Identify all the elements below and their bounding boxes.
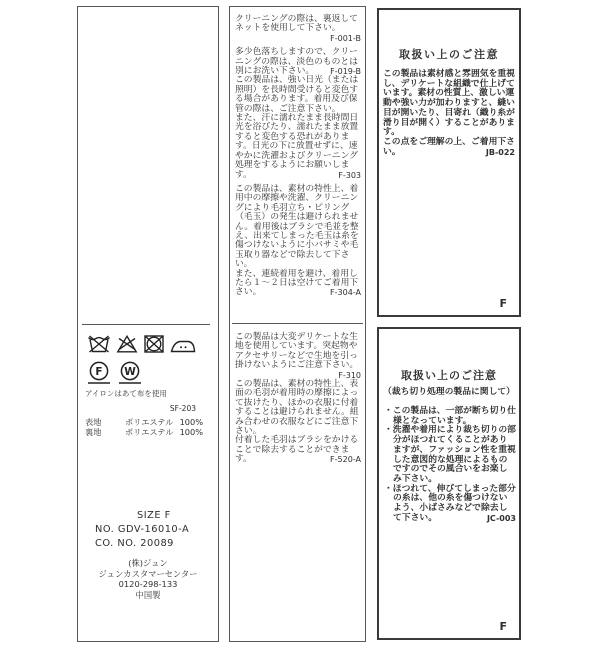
cut-edge-notice-panel: 取扱い上のご注意 （裁ち切り処理の製品に関して） ・この製品は、一部が断ち切り仕… (377, 327, 521, 640)
bullet-item: ・この製品は、一部が断ち切り仕様となっています。 (384, 407, 516, 426)
paragraph: この製品は、素材の特性上、着用中の摩擦や洗濯、クリーニングにより毛羽立ち・ピリン… (235, 185, 361, 270)
cut-edge-notice-subtitle: （裁ち切り処理の製品に関して） (379, 384, 519, 397)
do-not-tumble-dry-icon (143, 334, 165, 354)
reference-code: F-303 (334, 171, 361, 180)
paragraph: この製品は素材感と雰囲気を重視し、デリケートな組織で仕上げています。素材の性質上… (383, 70, 515, 138)
cut-edge-notice-list: ・この製品は、一部が断ち切り仕様となっています。・洗濯や着用により裁ち切りの部分… (379, 407, 519, 523)
svg-text:W: W (124, 366, 136, 378)
composition-table: 表地ポリエステル100%裏地ポリエステル100% (85, 417, 203, 437)
size-info-block: SIZE F NO. GDV-16010-A CO. NO. 20089 (95, 509, 218, 551)
svg-text:F: F (95, 366, 102, 378)
care-code: SF-203 (78, 404, 218, 413)
paragraph: 多少色落ちしますので、クリーニングの際は、淡色のものとは別にお洗い下さい。F-0… (235, 48, 361, 76)
iron-note: アイロンはあて布を使用 (85, 388, 218, 399)
care-info-section: FW アイロンはあて布を使用 SF-203 表地ポリエステル100%裏地ポリエス… (78, 325, 218, 641)
size-label: SIZE F (95, 509, 218, 523)
professional-care-symbols-row: FW (87, 361, 218, 385)
fabric-material: ポリエステル (125, 417, 180, 427)
paragraph: この製品は、強い日光（または照明）を長時間受けると変色する場合があります。着用及… (235, 76, 361, 114)
composition-row: 裏地ポリエステル100% (85, 427, 203, 437)
paragraph: また、汗に濡れたまま長時間日光を浴びたり、濡れたまま放置すると変色する恐れがあり… (235, 114, 361, 180)
product-number: NO. GDV-16010-A (95, 523, 218, 537)
company-line: 0120-298-133 (78, 579, 218, 590)
reference-code: F-001-B (326, 34, 361, 43)
company-line: 中国製 (78, 590, 218, 601)
delicate-fabric-section: この製品は大変デリケートな生地を使用しています。突起物やアクセサリーなどで生地を… (230, 324, 365, 641)
company-info-block: (株)ジュンジュンカスタマーセンター0120-298-133中国製 (78, 558, 218, 600)
fabric-material: ポリエステル (125, 427, 180, 437)
care-label-sheet: { "page": { "background": "#ffffff", "bo… (0, 0, 600, 650)
paragraph: クリーニングの際は、裏返してネットを使用して下さい。F-001-B (235, 15, 361, 43)
handling-notice-panel: 取扱い上のご注意 この製品は素材感と雰囲気を重視し、デリケートな組織で仕上げてい… (377, 8, 521, 317)
handling-notice-body: この製品は素材感と雰囲気を重視し、デリケートな組織で仕上げています。素材の性質上… (379, 70, 519, 157)
fabric-percent: 100% (180, 427, 203, 437)
do-not-bleach-icon (116, 334, 138, 354)
fabric-part: 表地 (85, 417, 125, 427)
fabric-part: 裏地 (85, 427, 125, 437)
reference-code: F-304-A (326, 288, 361, 297)
paragraph: この点をご理解の上、ご着用下さい。JB-022 (383, 138, 515, 157)
bullet-item: ・洗濯や着用により裁ち切りの部分がほつれてくることがありますが、ファッション性を… (384, 426, 516, 484)
panel-footer-mark: F (499, 297, 507, 310)
cut-edge-notice-title: 取扱い上のご注意 (379, 367, 519, 383)
bullet-item: ・ほつれて、伸びてしまった部分の糸は、他の糸を傷つけないよう、小ばさみなどで除去… (384, 485, 516, 524)
paragraph: また、連続着用を避け、着用したら１～２日は空けてご着用下さい。F-304-A (235, 270, 361, 298)
paragraph: この製品は大変デリケートな生地を使用しています。突起物やアクセサリーなどで生地を… (235, 333, 361, 380)
co-number: CO. NO. 20089 (95, 537, 218, 551)
cleaning-instructions-section: クリーニングの際は、裏返してネットを使用して下さい。F-001-B多少色落ちしま… (230, 7, 365, 323)
company-line: (株)ジュン (78, 558, 218, 569)
panel-footer-mark: F (499, 620, 507, 633)
reference-code: JC-003 (492, 514, 516, 524)
fabric-percent: 100% (180, 417, 203, 427)
paragraph: この製品は、素材の特性上、表面の毛羽が着用時の摩擦によって抜けたり、ほかの衣服に… (235, 380, 361, 436)
middle-label-panel: クリーニングの際は、裏返してネットを使用して下さい。F-001-B多少色落ちしま… (229, 6, 366, 642)
company-line: ジュンカスタマーセンター (78, 569, 218, 580)
circle-W-underline-icon: W (118, 361, 142, 385)
paragraph: 付着した毛羽はブラシをかけることで除去することができます。F-520-A (235, 436, 361, 464)
reference-code: JB-022 (482, 148, 515, 158)
reference-code: F-520-A (326, 455, 361, 464)
iron-medium-icon (170, 336, 196, 354)
care-symbols-row (87, 334, 218, 354)
handling-notice-title: 取扱い上のご注意 (379, 46, 519, 62)
left-label-panel: FW アイロンはあて布を使用 SF-203 表地ポリエステル100%裏地ポリエス… (77, 6, 219, 642)
composition-row: 表地ポリエステル100% (85, 417, 203, 427)
do-not-wash-icon (87, 334, 111, 354)
circle-F-underline-icon: F (87, 361, 111, 385)
